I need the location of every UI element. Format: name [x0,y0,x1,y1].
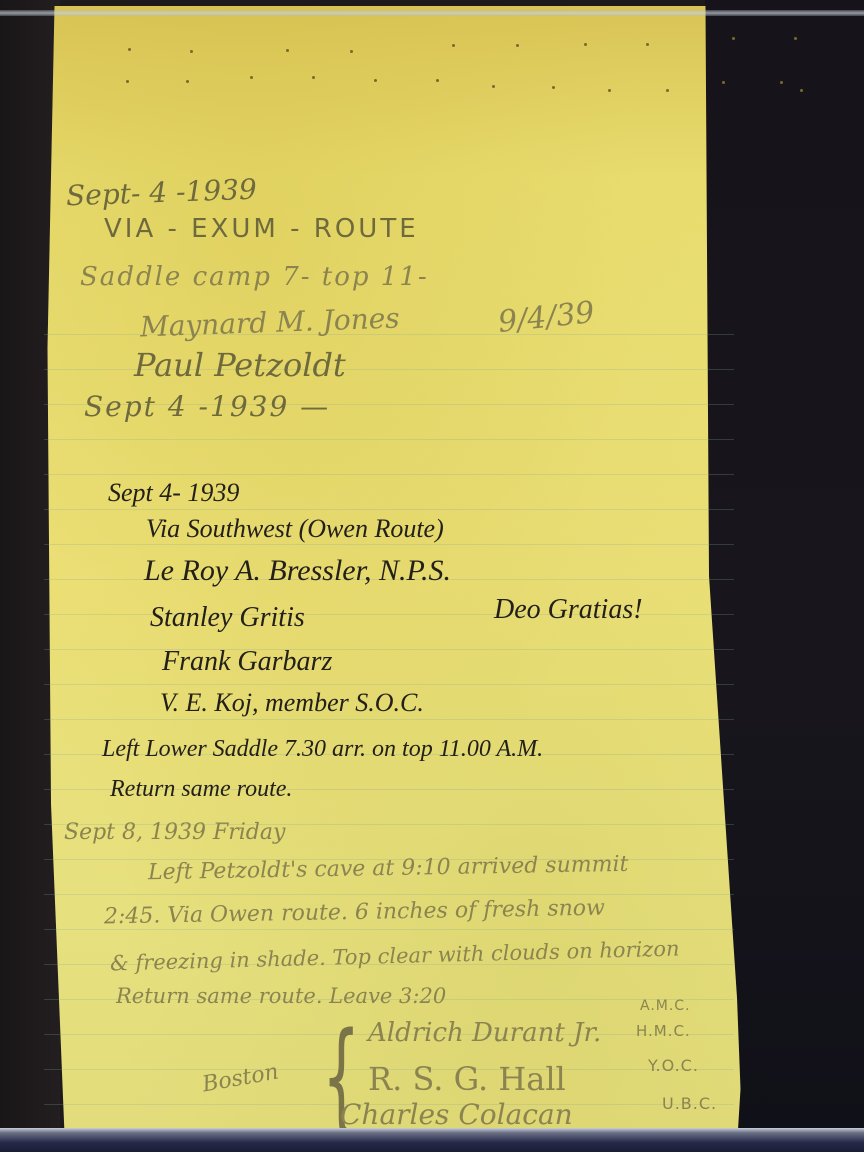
entry-2-climber-1: Le Roy A. Bressler, N.P.S. [144,554,451,588]
perforation-hole [250,76,253,79]
perforation-hole [286,49,289,52]
perforation-hole [646,43,649,46]
entry-3-climber-3: Charles Colacan [340,1098,573,1131]
club-yoc: Y.O.C. [648,1056,699,1075]
perforation-hole [128,48,131,51]
entry-2-exclamation: Deo Gratias! [494,594,643,626]
binding-strip [0,10,864,16]
frame-bottom-edge [0,1128,864,1152]
perforation-hole [722,81,725,84]
entry-2-note-1: Left Lower Saddle 7.30 arr. on top 11.00… [102,736,543,763]
perforation-hole [794,37,797,40]
club-ubc: U.B.C. [662,1094,717,1113]
entry-1-signature-petzoldt: Paul Petzoldt [134,346,346,384]
perforation-hole [436,79,439,82]
entry-3-climber-2: R. S. G. Hall [368,1060,566,1098]
entry-1-times: Saddle camp 7- top 11- [80,262,429,292]
perforation-hole [584,43,587,46]
entry-2-note-2: Return same route. [110,776,292,803]
entry-1-date-2: Sept 4 -1939 — [84,390,330,423]
entry-3-date: Sept 8, 1939 Friday [64,820,285,845]
perforation-hole [800,89,803,92]
perforation-hole [492,85,495,88]
perforation-hole [190,50,193,53]
entry-1-date: Sept- 4 -1939 [65,173,257,213]
entry-2-date: Sept 4- 1939 [108,478,239,508]
entry-3-line-4: Return same route. Leave 3:20 [116,984,446,1008]
entry-3-climber-1: Aldrich Durant Jr. [368,1018,601,1048]
perforation-hole [374,79,377,82]
perforation-hole [186,80,189,83]
entry-1-route: VIA - EXUM - ROUTE [104,214,419,244]
perforation-hole [126,80,129,83]
perforation-hole [608,89,611,92]
perforation-hole [312,76,315,79]
entry-2-climber-3: Frank Garbarz [162,646,332,678]
perforation-hole [452,44,455,47]
perforation-hole [516,44,519,47]
entry-2-climber-4: V. E. Koj, member S.O.C. [160,688,424,718]
entry-2-climber-2: Stanley Gritis [150,602,305,634]
perforation-hole [350,50,353,53]
perforation-hole [732,37,735,40]
perforation-hole [666,89,669,92]
club-amc: A.M.C. [640,998,691,1014]
perforation-hole [780,81,783,84]
perforation-hole [552,86,555,89]
entry-2-route: Via Southwest (Owen Route) [146,514,444,544]
club-hmc: H.M.C. [636,1022,691,1040]
